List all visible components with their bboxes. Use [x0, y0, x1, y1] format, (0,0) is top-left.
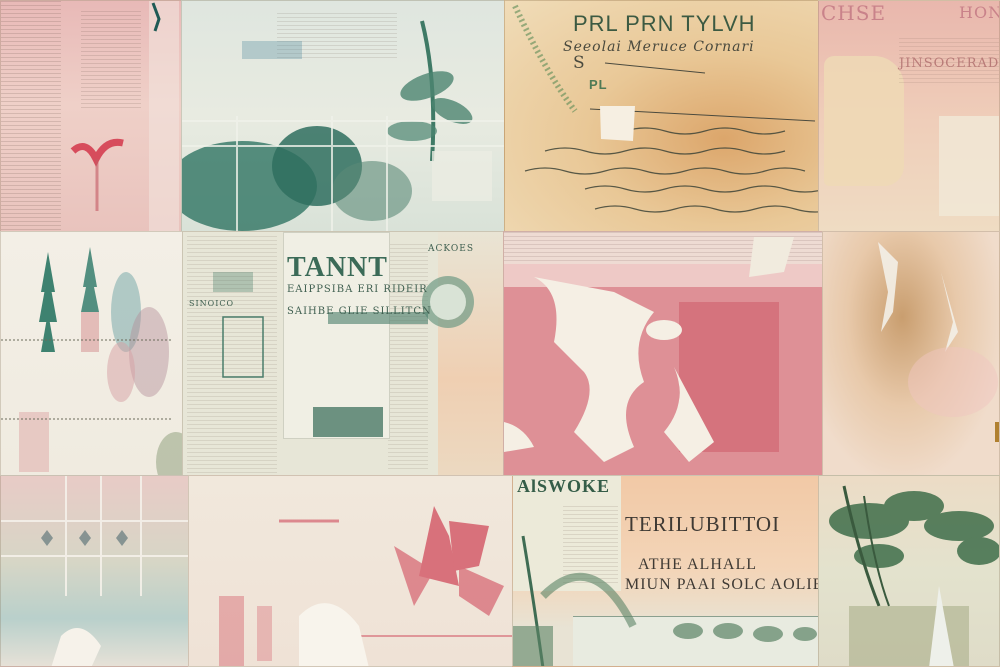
tile-green-botanical	[818, 475, 1000, 667]
garden-illustration-icon	[182, 1, 505, 232]
peach-subline-2: MIUN PAAI SOLC AOLIE	[625, 576, 820, 594]
paper-collage: PRL PRN TYLVH Seeolai Meruce Cornari S P…	[0, 0, 1000, 667]
peach-headline: TERILUBITTOI	[625, 512, 780, 537]
poster-heading-2: HON	[959, 3, 1000, 22]
poster-heading: CHSE	[821, 1, 886, 25]
tile-pink-newspaper	[0, 0, 182, 232]
tile-palm-leaf	[188, 475, 513, 667]
peach-masthead: AlSWOKE	[517, 476, 610, 497]
diamond-pattern-icon	[1, 476, 189, 667]
newspaper-column-title: SINOICO	[189, 299, 234, 308]
pine-tree-sketch-icon	[1, 232, 183, 476]
newspaper-corner-title: ACKOES	[428, 244, 474, 254]
tile-peach-newspaper: AlSWOKE TERILUBITTOI ATHE ALHALL MIUN PA…	[512, 475, 820, 667]
newspaper-subtitle: EAIPPSIBA ERI RIDEIR	[287, 284, 428, 295]
tile-handwritten-letter: PRL PRN TYLVH Seeolai Meruce Cornari S P…	[504, 0, 819, 232]
tile-botanical-teal	[181, 0, 505, 232]
newspaper-masthead: TANNT	[287, 252, 388, 284]
tile-newspaper-front: TANNT EAIPPSIBA ERI RIDEIR SAIHBE GLIE S…	[182, 231, 504, 476]
palm-leaf-icon	[189, 476, 513, 667]
peach-subline-1: ATHE ALHALL	[638, 556, 757, 574]
tile-red-distressed	[503, 231, 823, 476]
distressed-print-icon	[504, 232, 823, 476]
tile-faded-pattern	[0, 475, 189, 667]
palm-stamp-icon	[1, 1, 182, 232]
tile-stained-paper	[822, 231, 1000, 476]
letter-mark-s: S	[573, 53, 586, 73]
tile-pine-sketches	[0, 231, 183, 476]
letter-heading: PRL PRN TYLVH	[573, 11, 756, 37]
letter-subheading: Seeolai Meruce Cornari	[563, 39, 755, 55]
stain-icon	[823, 232, 1000, 476]
newspaper-headline: SAIHBE GLIE SILLITCN	[287, 306, 432, 317]
tree-illustration-icon	[819, 476, 1000, 667]
poster-subheading: JINSOCERAD	[899, 56, 999, 71]
letter-mark-pl: PL	[589, 77, 608, 92]
tile-pink-poster: CHSE HON JINSOCERAD	[818, 0, 1000, 232]
